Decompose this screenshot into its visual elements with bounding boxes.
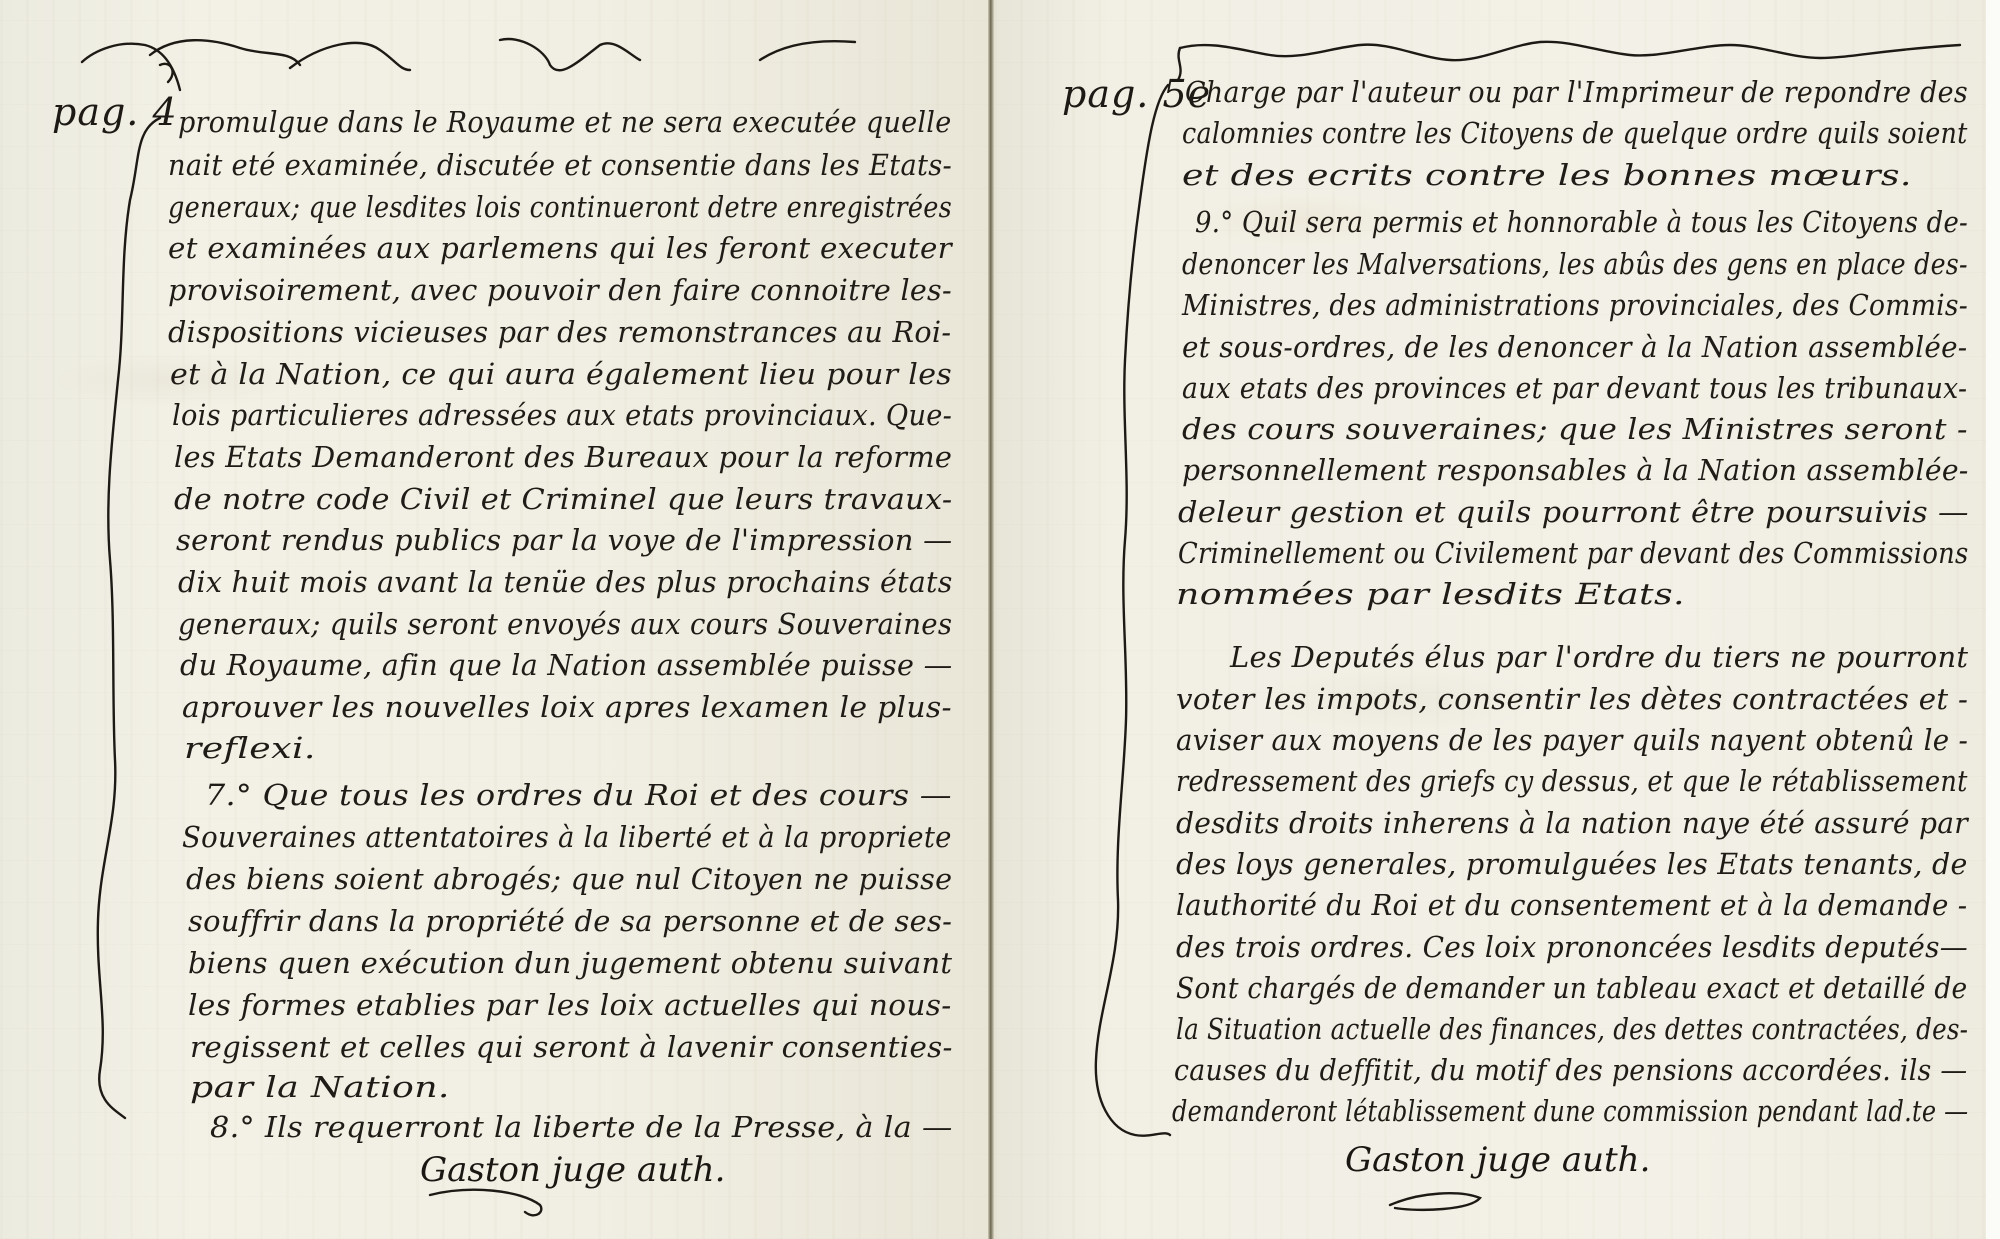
manuscript-line: les formes etablies par les loix actuell…	[188, 988, 952, 1022]
manuscript-line: nommées par lesdits Etats.	[1176, 577, 1685, 611]
manuscript-line: et des ecrits contre les bonnes mœurs.	[1182, 158, 1912, 192]
manuscript-line: reflexi.	[184, 731, 316, 765]
manuscript-line: Ministres, des administrations provincia…	[1182, 288, 1968, 322]
manuscript-line: Souveraines attentatoires à la liberté e…	[182, 820, 952, 854]
manuscript-line: Charge par l'auteur ou par l'Imprimeur d…	[1185, 75, 1968, 109]
manuscript-line: et examinées aux parlemens qui les feron…	[168, 231, 952, 265]
manuscript-line: promulgue dans le Royaume et ne sera exe…	[178, 105, 951, 139]
manuscript-line: desdits droits inherens à la nation naye…	[1176, 806, 1968, 840]
manuscript-line: aprouver les nouvelles loix apres lexame…	[182, 690, 952, 724]
manuscript-line: personnellement responsables à la Nation…	[1182, 453, 1969, 487]
manuscript-line: biens quen exécution dun jugement obtenu…	[188, 946, 952, 980]
manuscript-line: Les Deputés élus par l'ordre du tiers ne…	[1230, 640, 1968, 674]
left-page-number: pag. 4	[52, 90, 178, 134]
manuscript-line: regissent et celles qui seront à lavenir…	[190, 1030, 953, 1064]
manuscript-line: du Royaume, afin que la Nation assemblée…	[180, 648, 952, 682]
manuscript-line: par la Nation.	[190, 1070, 450, 1104]
manuscript-line: aviser aux moyens de les payer quils nay…	[1176, 723, 1968, 757]
manuscript-line: dix huit mois avant la tenüe des plus pr…	[178, 565, 953, 599]
manuscript-line: des loys generales, promulguées les Etat…	[1176, 847, 1968, 881]
manuscript-line: demanderont létablissement dune commissi…	[1172, 1094, 1968, 1128]
right-signature: Gaston juge auth.	[1345, 1140, 1650, 1180]
manuscript-line: nait eté examinée, discutée et consentie…	[168, 148, 952, 182]
manuscript-line: generaux; que lesdites lois continueront…	[168, 190, 952, 224]
manuscript-line: Sont chargés de demander un tableau exac…	[1176, 971, 1967, 1005]
manuscript-line: redressement des griefs cy dessus, et qu…	[1176, 764, 1968, 798]
manuscript-line: des biens soient abrogés; que nul Citoye…	[186, 862, 952, 896]
manuscript-line: aux etats des provinces et par devant to…	[1182, 371, 1967, 405]
manuscript-line: denoncer les Malversations, les abûs des…	[1182, 247, 1968, 281]
manuscript-line: causes du deffitit, du motif des pension…	[1174, 1053, 1967, 1087]
manuscript-line: les Etats Demanderont des Bureaux pour l…	[174, 440, 952, 474]
book-spread: pag. 4 promulgue dans le Royaume et ne s…	[0, 0, 1988, 1239]
manuscript-line: et sous-ordres, de les denoncer à la Nat…	[1182, 330, 1967, 364]
manuscript-line: de notre code Civil et Criminel que leur…	[174, 482, 952, 516]
manuscript-line: dispositions vicieuses par des remonstra…	[168, 315, 951, 349]
manuscript-line: voter les impots, consentir les dètes co…	[1176, 682, 1968, 716]
manuscript-line: lois particulieres adressées aux etats p…	[172, 398, 952, 432]
manuscript-line: seront rendus publics par la voye de l'i…	[176, 523, 952, 557]
manuscript-line: 7.° Que tous les ordres du Roi et des co…	[205, 778, 952, 812]
manuscript-line: lauthorité du Roi et du consentement et …	[1176, 888, 1967, 922]
manuscript-line: des cours souveraines; que les Ministres…	[1182, 412, 1968, 446]
manuscript-line: la Situation actuelle des finances, des …	[1176, 1012, 1968, 1046]
manuscript-line: provisoirement, avec pouvoir den faire c…	[168, 273, 952, 307]
left-signature: Gaston juge auth.	[420, 1150, 725, 1190]
manuscript-line: et à la Nation, ce qui aura également li…	[170, 357, 952, 391]
manuscript-line: deleur gestion et quils pourront être po…	[1178, 495, 1969, 529]
manuscript-line: 8.° Ils requerront la liberte de la Pres…	[210, 1110, 953, 1144]
manuscript-line: 9.° Quil sera permis et honnorable à tou…	[1195, 205, 1968, 239]
manuscript-line: Criminellement ou Civilement par devant …	[1178, 536, 1968, 570]
manuscript-line: generaux; quils seront envoyés aux cours…	[178, 607, 952, 641]
manuscript-line: souffrir dans la propriété de sa personn…	[188, 904, 952, 938]
manuscript-line: calomnies contre les Citoyens de quelque…	[1182, 116, 1968, 150]
book-gutter	[988, 0, 994, 1239]
manuscript-line: des trois ordres. Ces loix prononcées le…	[1176, 930, 1968, 964]
